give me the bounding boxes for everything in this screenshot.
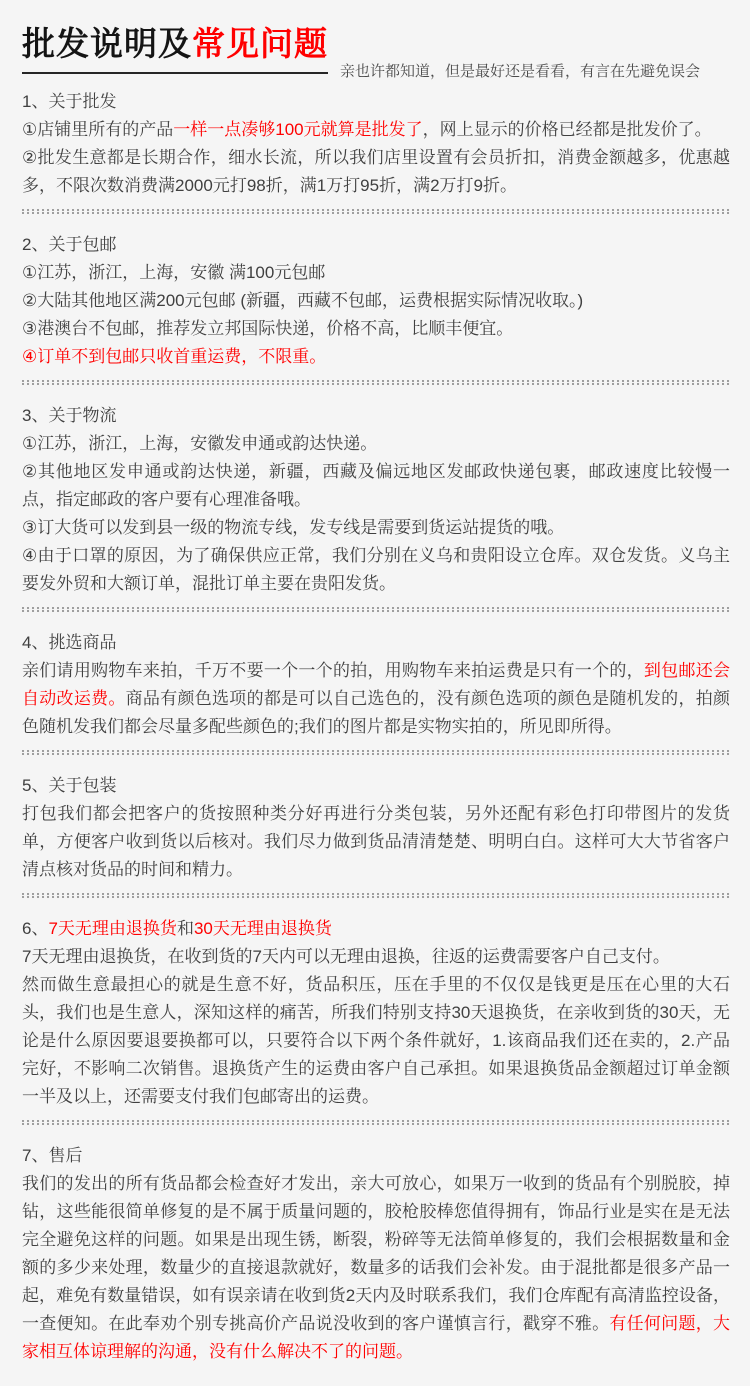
text-segment: 5、关于包装	[22, 776, 116, 795]
text-segment: ②批发生意都是长期合作，细水长流，所以我们店里设置有会员折扣，消费金额越多，优惠…	[22, 148, 730, 195]
paragraph: 我们的发出的所有货品都会检查好才发出，亲大可放心，如果万一收到的货品有个别脱胶，…	[22, 1170, 730, 1366]
text-segment: 然而做生意最担心的就是生意不好，货品积压，压在手里的不仅仅是钱更是压在心里的大石…	[22, 975, 730, 1106]
sections: 1、关于批发①店铺里所有的产品一样一点凑够100元就算是批发了，网上显示的价格已…	[22, 88, 730, 1366]
section-heading-choosing-goods: 4、挑选商品	[22, 629, 730, 657]
text-segment: 亲们请用购物车来拍，千万不要一个一个的拍，用购物车来拍运费是只有一个的，	[22, 661, 644, 680]
text-segment: 7天无理由退换货，在收到货的7天内可以无理由退换，往返的运费需要客户自己支付。	[22, 947, 670, 966]
text-segment: 3、关于物流	[22, 406, 116, 425]
paragraph: 7天无理由退换货，在收到货的7天内可以无理由退换，往返的运费需要客户自己支付。	[22, 943, 730, 971]
section-choosing-goods: 4、挑选商品亲们请用购物车来拍，千万不要一个一个的拍，用购物车来拍运费是只有一个…	[22, 629, 730, 755]
page: 批发说明及常见问题 亲也许都知道，但是最好还是看看，有言在先避免误会 1、关于批…	[0, 0, 750, 1386]
section-heading-wholesale: 1、关于批发	[22, 88, 730, 116]
section-heading-after-sales: 7、售后	[22, 1142, 730, 1170]
paragraph: 亲们请用购物车来拍，千万不要一个一个的拍，用购物车来拍运费是只有一个的，到包邮还…	[22, 657, 730, 741]
dotted-divider	[22, 380, 730, 385]
dotted-divider	[22, 209, 730, 214]
text-segment: ④由于口罩的原因，为了确保供应正常，我们分别在义乌和贵阳设立仓库。双仓发货。义乌…	[22, 546, 730, 593]
section-packing: 5、关于包装打包我们都会把客户的货按照种类分好再进行分类包装，另外还配有彩色打印…	[22, 772, 730, 898]
dotted-divider	[22, 893, 730, 898]
text-segment: 4、挑选商品	[22, 633, 116, 652]
paragraph: ①江苏，浙江，上海，安徽发申通或韵达快递。	[22, 430, 730, 458]
highlight-red-text: 30天无理由退换货	[194, 919, 332, 938]
paragraph: ③港澳台不包邮，推荐发立邦国际快递，价格不高，比顺丰便宜。	[22, 315, 730, 343]
paragraph: ②其他地区发申通或韵达快递，新疆，西藏及偏远地区发邮政快递包裹，邮政速度比较慢一…	[22, 458, 730, 514]
text-segment: ②其他地区发申通或韵达快递，新疆，西藏及偏远地区发邮政快递包裹，邮政速度比较慢一…	[22, 462, 730, 509]
section-heading-free-shipping: 2、关于包邮	[22, 231, 730, 259]
section-wholesale: 1、关于批发①店铺里所有的产品一样一点凑够100元就算是批发了，网上显示的价格已…	[22, 88, 730, 214]
section-heading-logistics: 3、关于物流	[22, 402, 730, 430]
section-free-shipping: 2、关于包邮①江苏，浙江，上海，安徽 满100元包邮②大陆其他地区满200元包邮…	[22, 231, 730, 385]
section-returns: 6、7天无理由退换货和30天无理由退换货7天无理由退换货，在收到货的7天内可以无…	[22, 915, 730, 1125]
paragraph: ④由于口罩的原因，为了确保供应正常，我们分别在义乌和贵阳设立仓库。双仓发货。义乌…	[22, 542, 730, 598]
text-segment: 打包我们都会把客户的货按照种类分好再进行分类包装，另外还配有彩色打印带图片的发货…	[22, 804, 730, 879]
paragraph: ①店铺里所有的产品一样一点凑够100元就算是批发了，网上显示的价格已经都是批发价…	[22, 116, 730, 144]
paragraph: 打包我们都会把客户的货按照种类分好再进行分类包装，另外还配有彩色打印带图片的发货…	[22, 800, 730, 884]
dotted-divider	[22, 750, 730, 755]
highlight-red-text: ④订单不到包邮只收首重运费，不限重。	[22, 347, 326, 366]
page-title: 批发说明及常见问题	[22, 24, 328, 74]
text-segment: 7、售后	[22, 1146, 82, 1165]
dotted-divider	[22, 1120, 730, 1125]
section-logistics: 3、关于物流①江苏，浙江，上海，安徽发申通或韵达快递。②其他地区发申通或韵达快递…	[22, 402, 730, 612]
text-segment: 我们的发出的所有货品都会检查好才发出，亲大可放心，如果万一收到的货品有个别脱胶，…	[22, 1174, 730, 1333]
paragraph: ②大陆其他地区满200元包邮 (新疆，西藏不包邮，运费根据实际情况收取。)	[22, 287, 730, 315]
text-segment: ，网上显示的价格已经都是批发价了。	[423, 120, 712, 139]
text-segment: ③订大货可以发到县一级的物流专线，发专线是需要到货运站提货的哦。	[22, 518, 564, 537]
paragraph: ③订大货可以发到县一级的物流专线，发专线是需要到货运站提货的哦。	[22, 514, 730, 542]
text-segment: 和	[177, 919, 194, 938]
page-title-black: 批发说明及	[22, 25, 192, 62]
text-segment: ①店铺里所有的产品	[22, 120, 173, 139]
text-segment: 商品有颜色选项的都是可以自己选色的，没有颜色选项的颜色是随机发的，拍颜色随机发我…	[22, 689, 730, 736]
paragraph: ①江苏，浙江，上海，安徽 满100元包邮	[22, 259, 730, 287]
section-after-sales: 7、售后我们的发出的所有货品都会检查好才发出，亲大可放心，如果万一收到的货品有个…	[22, 1142, 730, 1366]
page-title-red: 常见问题	[192, 25, 328, 62]
text-segment: 2、关于包邮	[22, 235, 116, 254]
text-segment: ①江苏，浙江，上海，安徽 满100元包邮	[22, 263, 325, 282]
text-segment: ②大陆其他地区满200元包邮 (新疆，西藏不包邮，运费根据实际情况收取。)	[22, 291, 583, 310]
section-heading-returns: 6、7天无理由退换货和30天无理由退换货	[22, 915, 730, 943]
paragraph: ④订单不到包邮只收首重运费，不限重。	[22, 343, 730, 371]
section-heading-packing: 5、关于包装	[22, 772, 730, 800]
paragraph: ②批发生意都是长期合作，细水长流，所以我们店里设置有会员折扣，消费金额越多，优惠…	[22, 144, 730, 200]
paragraph: 然而做生意最担心的就是生意不好，货品积压，压在手里的不仅仅是钱更是压在心里的大石…	[22, 971, 730, 1111]
highlight-red-text: 7天无理由退换货	[48, 919, 176, 938]
text-segment: 1、关于批发	[22, 92, 116, 111]
page-subtitle: 亲也许都知道，但是最好还是看看，有言在先避免误会	[340, 63, 700, 81]
text-segment: ③港澳台不包邮，推荐发立邦国际快递，价格不高，比顺丰便宜。	[22, 319, 513, 338]
text-segment: ①江苏，浙江，上海，安徽发申通或韵达快递。	[22, 434, 377, 453]
page-header: 批发说明及常见问题 亲也许都知道，但是最好还是看看，有言在先避免误会	[22, 24, 730, 74]
text-segment: 6、	[22, 919, 48, 938]
dotted-divider	[22, 607, 730, 612]
highlight-red-text: 一样一点凑够100元就算是批发了	[173, 120, 422, 139]
